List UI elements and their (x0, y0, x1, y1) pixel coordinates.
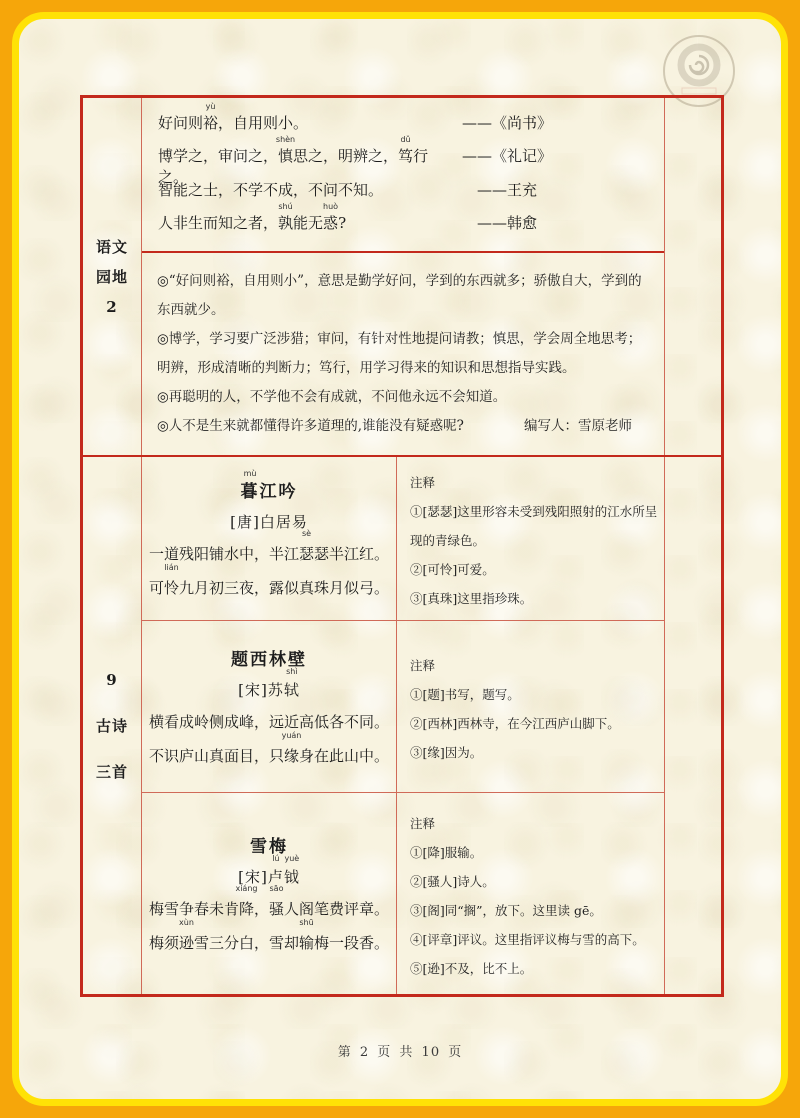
note-item: ③[缘]因为。 (410, 738, 662, 767)
note-item: ⑤[逊]不及，比不上。 (410, 954, 662, 983)
quote-source: ——《礼记》 (432, 145, 582, 166)
poem-text-cell: 题西林壁 [宋]苏轼shì 横看成岭侧成峰，远近高低各不同。 不识庐山真面目，只… (142, 621, 396, 792)
poem-line: 可怜lián九月初三夜，露似真珠月似弓。 (149, 573, 389, 604)
quote-explanations-cell: ◎“好问则裕，自用则小”，意思是勤学好问，学到的东西就多；骄傲自大，学到的东西就… (142, 253, 664, 455)
quote-text: 人非生而知之者，孰shú能无惑huò? (158, 212, 346, 233)
quote-row: 好问则裕yù，自用则小。 ——《尚书》 (158, 112, 582, 145)
editor-credit: 编写人：雪原老师 (524, 412, 632, 441)
quote-text: 好问则裕yù，自用则小。 (158, 112, 308, 133)
label-line: 三首 (96, 749, 128, 795)
page-number: 第 2 页 共 10 页 (19, 1041, 781, 1060)
quote-source: ——王充 (432, 179, 582, 200)
label-line: 园地 (96, 262, 128, 292)
note-item: ①[题]书写，题写。 (410, 680, 662, 709)
section-label-yuwen-yuandi-2: 语文 园地 2 (83, 98, 142, 455)
note-item: ③[阁]同“搁”，放下。这里读 gē。 (410, 896, 662, 925)
label-line: 语文 (96, 232, 128, 262)
poem-author: [宋]苏轼shì (238, 677, 300, 704)
label-line: 2 (106, 292, 117, 322)
note-item: ③[真珠]这里指珍珠。 (410, 584, 662, 613)
note-item: ①[瑟瑟]这里形容未受到残阳照射的江水所呈现的青绿色。 (410, 497, 662, 555)
explanation-paragraph: ◎再聪明的人，不学他不会有成就，不问他永远不会知道。 (157, 383, 650, 412)
poem-notes-cell: 注释 ①[题]书写，题写。 ②[西林]西林寺，在今江西庐山脚下。 ③[缘]因为。 (396, 621, 664, 792)
poem-row-xuemei: 雪梅 [宋]卢lú钺yuè 梅雪争春未肯降xiáng，骚sāo人阁笔费评章。 梅… (142, 793, 664, 994)
poem-row-tixilinbi: 题西林壁 [宋]苏轼shì 横看成岭侧成峰，远近高低各不同。 不识庐山真面目，只… (142, 621, 664, 793)
poem-line: 一道残阳铺水中，半江瑟sè瑟半江红。 (149, 539, 389, 570)
quote-source: ——韩愈 (432, 212, 582, 233)
poem-line: 横看成岭侧成峰，远近高低各不同。 (149, 707, 389, 738)
quote-source: ——《尚书》 (432, 112, 582, 133)
poem-title: 暮mù江吟 (241, 479, 298, 506)
explanation-paragraph: ◎博学，学习要广泛涉猎；审问，有针对性地提问请教；慎思，学会周全地思考；明辨，形… (157, 325, 650, 383)
notes-title: 注释 (410, 468, 662, 497)
poem-title: 雪梅 (250, 834, 288, 861)
section-gushi-sanshou: 9 古诗 三首 暮mù江吟 [唐]白居易 一道残阳铺水中，半江瑟sè瑟半江红。 … (83, 457, 721, 994)
quote-row: 博学之，审问之，慎shèn思之，明辨之，笃dǔ行之。 ——《礼记》 (158, 145, 582, 178)
poem-author: [唐]白居易 (230, 509, 308, 536)
famous-quotes-cell: 好问则裕yù，自用则小。 ——《尚书》 博学之，审问之，慎shèn思之，明辨之，… (142, 98, 664, 253)
section-content: 好问则裕yù，自用则小。 ——《尚书》 博学之，审问之，慎shèn思之，明辨之，… (142, 98, 664, 455)
section-yuwen-yuandi: 语文 园地 2 好问则裕yù，自用则小。 ——《尚书》 博学之，审问之，慎shè… (83, 98, 721, 457)
section-content: 暮mù江吟 [唐]白居易 一道残阳铺水中，半江瑟sè瑟半江红。 可怜lián九月… (142, 457, 664, 994)
empty-right-column (664, 457, 721, 994)
lesson-table: 语文 园地 2 好问则裕yù，自用则小。 ——《尚书》 博学之，审问之，慎shè… (80, 95, 724, 997)
note-item: ②[骚人]诗人。 (410, 867, 662, 896)
poem-row-mujiangyin: 暮mù江吟 [唐]白居易 一道残阳铺水中，半江瑟sè瑟半江红。 可怜lián九月… (142, 457, 664, 621)
quote-row: 智能之士，不学不成，不问不知。 ——王充 (158, 179, 582, 212)
note-item: ②[可怜]可爱。 (410, 555, 662, 584)
poem-notes-cell: 注释 ①[瑟瑟]这里形容未受到残阳照射的江水所呈现的青绿色。 ②[可怜]可爱。 … (396, 457, 664, 620)
quote-row: 人非生而知之者，孰shú能无惑huò? ——韩愈 (158, 212, 582, 245)
poem-line: 不识庐山真面目，只缘yuán身在此山中。 (149, 741, 389, 772)
poem-text-cell: 雪梅 [宋]卢lú钺yuè 梅雪争春未肯降xiáng，骚sāo人阁笔费评章。 梅… (142, 793, 396, 994)
empty-right-column (664, 98, 721, 455)
notes-title: 注释 (410, 651, 662, 680)
note-item: ④[评章]评议。这里指评议梅与雪的高下。 (410, 925, 662, 954)
explanation-paragraph: ◎人不是生来就都懂得许多道理的,谁能没有疑惑呢? 编写人：雪原老师 (157, 412, 650, 441)
note-item: ①[降]服输。 (410, 838, 662, 867)
label-line: 古诗 (96, 703, 128, 749)
poem-line: 梅须逊xùn雪三分白，雪却输shū梅一段香。 (149, 928, 389, 959)
explanation-text: ◎人不是生来就都懂得许多道理的,谁能没有疑惑呢? (157, 412, 464, 441)
note-item: ②[西林]西林寺，在今江西庐山脚下。 (410, 709, 662, 738)
worksheet-page: 语文 园地 2 好问则裕yù，自用则小。 ——《尚书》 博学之，审问之，慎shè… (12, 12, 788, 1106)
poem-text-cell: 暮mù江吟 [唐]白居易 一道残阳铺水中，半江瑟sè瑟半江红。 可怜lián九月… (142, 457, 396, 620)
explanation-paragraph: ◎“好问则裕，自用则小”，意思是勤学好问，学到的东西就多；骄傲自大，学到的东西就… (157, 267, 650, 325)
poem-notes-cell: 注释 ①[降]服输。 ②[骚人]诗人。 ③[阁]同“搁”，放下。这里读 gē。 … (396, 793, 664, 994)
section-label-9-gushi-sanshou: 9 古诗 三首 (83, 457, 142, 994)
quote-text: 智能之士，不学不成，不问不知。 (158, 179, 383, 200)
label-line: 9 (106, 657, 117, 703)
notes-title: 注释 (410, 809, 662, 838)
